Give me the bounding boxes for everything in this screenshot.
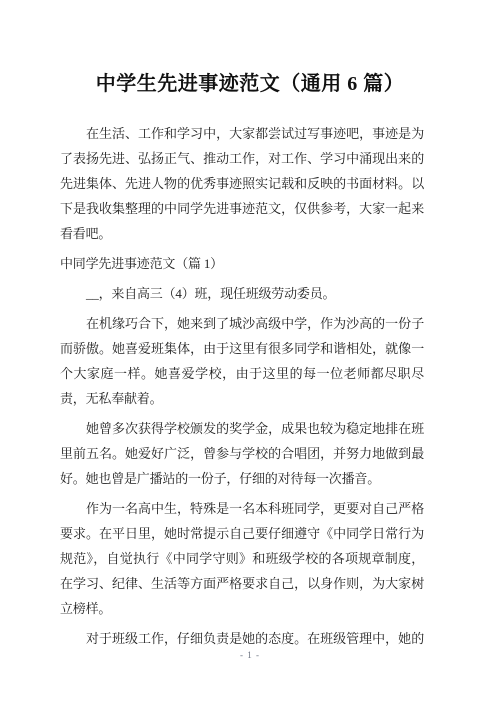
- section-heading: 中同学先进事迹范文（篇 1）: [60, 251, 424, 276]
- paragraph: 在机缘巧合下，她来到了城沙高级中学，作为沙高的一份子而骄傲。她喜爱班集体，由于这…: [60, 311, 424, 411]
- paragraph: 在生活、工作和学习中，大家都尝试过写事迹吧，事迹是为了表扬先进、弘扬正气、推动工…: [60, 121, 424, 246]
- document-title: 中学生先进事迹范文（通用 6 篇）: [0, 0, 500, 100]
- paragraph: 她曾多次获得学校颁发的奖学金，成果也较为稳定地排在班里前五名。她爱好广泛，曾参与…: [60, 416, 424, 491]
- page-number: - 1 -: [0, 650, 500, 660]
- paragraph: 对于班级工作，仔细负责是她的态度。在班级管理中，她的一贯作风是：尽她所能。作为一…: [60, 626, 424, 649]
- paragraph: 作为一名高中生，特殊是一名本科班同学，更要对自己严格要求。在平日里，她时常提示自…: [60, 496, 424, 621]
- paragraph: __，来自高三（4）班，现任班级劳动委员。: [60, 281, 424, 306]
- document-body: 在生活、工作和学习中，大家都尝试过写事迹吧，事迹是为了表扬先进、弘扬正气、推动工…: [60, 121, 424, 649]
- document-page: 中学生先进事迹范文（通用 6 篇） 在生活、工作和学习中，大家都尝试过写事迹吧，…: [0, 0, 500, 707]
